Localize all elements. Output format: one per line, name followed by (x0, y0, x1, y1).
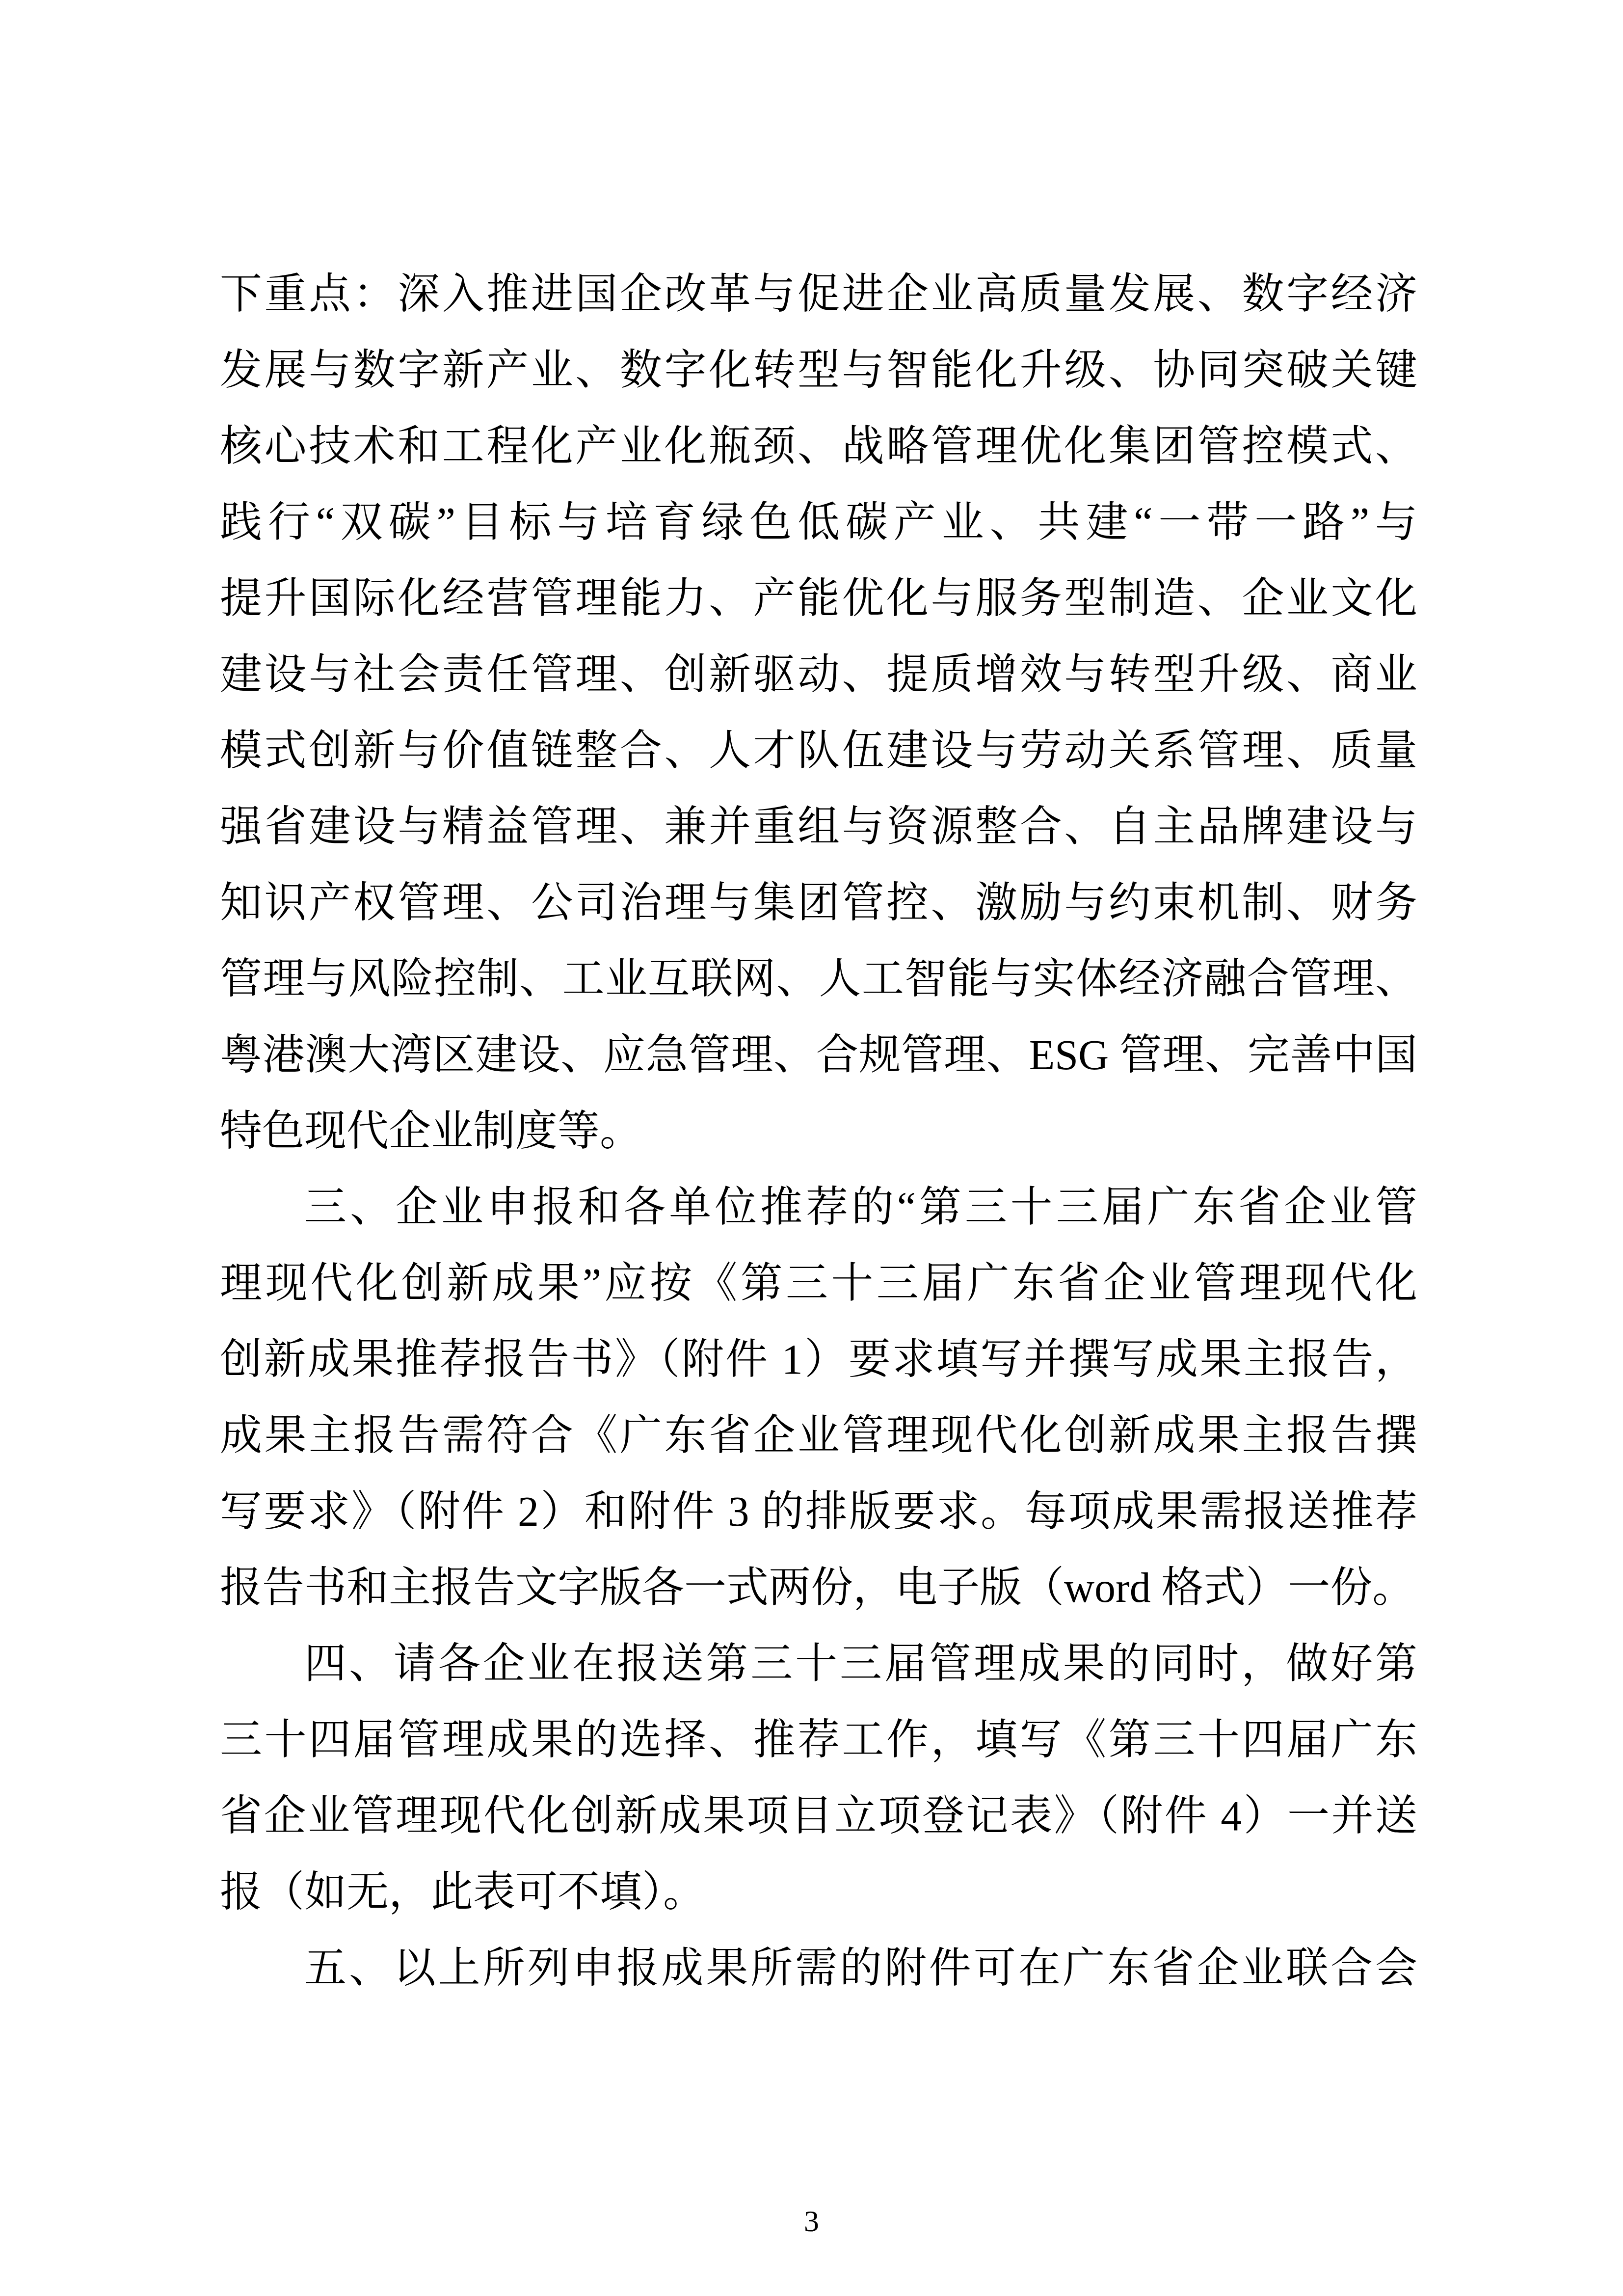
text-line: 践行“双碳”目标与培育绿色低碳产业、共建“一带一路”与 (220, 485, 1417, 561)
text-line: 提升国际化经营管理能力、产能优化与服务型制造、企业文化 (220, 561, 1417, 637)
body-text: 下重点：深入推进国企改革与促进企业高质量发展、数字经济 发展与数字新产业、数字化… (220, 256, 1417, 2006)
text-line: 三十四届管理成果的选择、推荐工作，填写《第三十四届广东 (220, 1702, 1417, 1778)
text-line-paragraph-end: 报告书和主报告文字版各一式两份，电子版（word 格式）一份。 (220, 1550, 1417, 1626)
text-line: 核心技术和工程化产业化瓶颈、战略管理优化集团管控模式、 (220, 408, 1417, 485)
text-line-paragraph-end: 报（如无，此表可不填）。 (220, 1854, 1417, 1930)
text-line: 强省建设与精益管理、兼并重组与资源整合、自主品牌建设与 (220, 789, 1417, 865)
text-line: 建设与社会责任管理、创新驱动、提质增效与转型升级、商业 (220, 637, 1417, 713)
text-line: 创新成果推荐报告书》（附件 1）要求填写并撰写成果主报告， (220, 1322, 1417, 1398)
text-line: 粤港澳大湾区建设、应急管理、合规管理、ESG 管理、完善中国 (220, 1017, 1417, 1093)
text-line-section-3: 三、企业申报和各单位推荐的“第三十三届广东省企业管 (220, 1169, 1417, 1245)
text-line-paragraph-end: 特色现代企业制度等。 (220, 1093, 1417, 1169)
text-line-section-4: 四、请各企业在报送第三十三届管理成果的同时，做好第 (220, 1626, 1417, 1702)
text-line: 发展与数字新产业、数字化转型与智能化升级、协同突破关键 (220, 332, 1417, 408)
text-line-section-5: 五、以上所列申报成果所需的附件可在广东省企业联合会 (220, 1930, 1417, 2006)
text-line: 理现代化创新成果”应按《第三十三届广东省企业管理现代化 (220, 1245, 1417, 1322)
text-line: 知识产权管理、公司治理与集团管控、激励与约束机制、财务 (220, 865, 1417, 941)
text-line: 管理与风险控制、工业互联网、人工智能与实体经济融合管理、 (220, 941, 1417, 1017)
text-line: 下重点：深入推进国企改革与促进企业高质量发展、数字经济 (220, 256, 1417, 332)
document-page: 下重点：深入推进国企改革与促进企业高质量发展、数字经济 发展与数字新产业、数字化… (0, 0, 1623, 2296)
text-line: 模式创新与价值链整合、人才队伍建设与劳动关系管理、质量 (220, 713, 1417, 789)
page-number: 3 (0, 2199, 1623, 2243)
text-line: 写要求》（附件 2）和附件 3 的排版要求。每项成果需报送推荐 (220, 1474, 1417, 1550)
text-line: 省企业管理现代化创新成果项目立项登记表》（附件 4）一并送 (220, 1778, 1417, 1854)
text-line: 成果主报告需符合《广东省企业管理现代化创新成果主报告撰 (220, 1398, 1417, 1474)
